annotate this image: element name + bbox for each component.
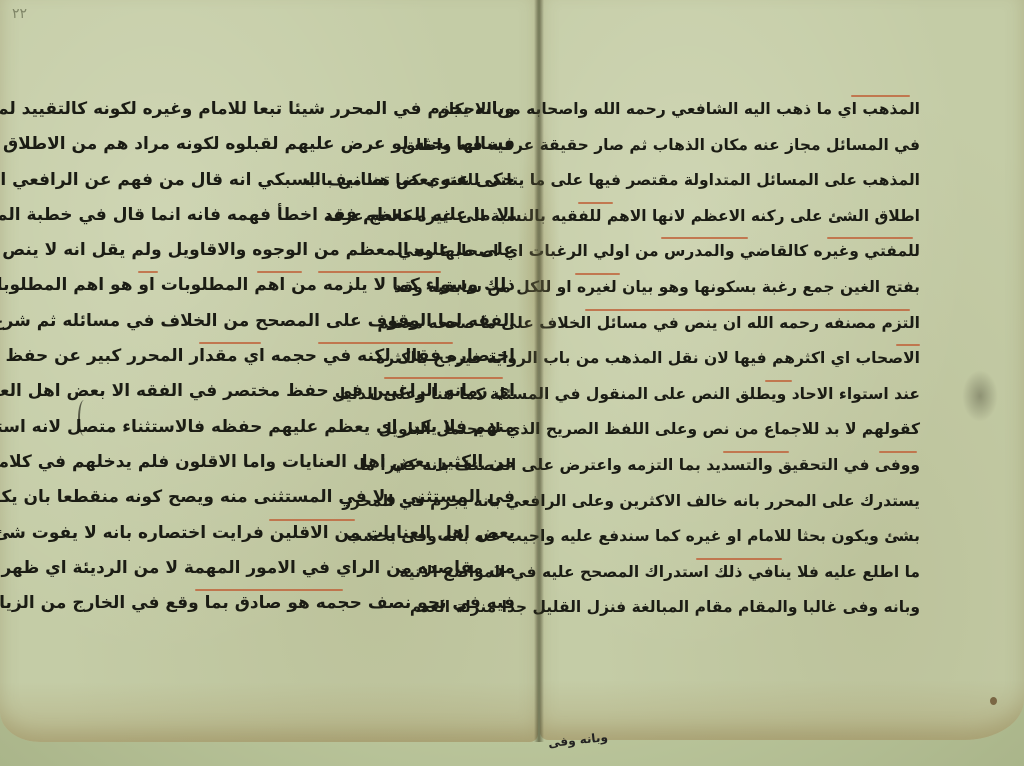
rubric-overline	[269, 519, 355, 521]
right-line: المذهب اي ما ذهب اليه الشافعي رحمه الله …	[575, 92, 920, 128]
rubric-overline	[195, 589, 343, 591]
right-line: التزم مصنفه رحمه الله ان ينص في مسائل ال…	[575, 306, 920, 342]
right-line: كقولهم لا بد للاجماع من نص وعلى اللفظ ال…	[575, 412, 920, 448]
rubric-overline	[851, 95, 910, 97]
rubric-overline	[257, 271, 302, 273]
right-line: للمفتي وغيره كالقاضي والمدرس من اولي الر…	[575, 234, 920, 270]
rubric-overline	[575, 273, 620, 275]
rubric-overline	[138, 271, 159, 273]
right-line: عند استواء الاحاد ويطلق النص على المنقول…	[575, 377, 920, 413]
right-page: المذهب اي ما ذهب اليه الشافعي رحمه الله …	[540, 0, 1024, 740]
right-line: في المسائل مجاز عنه مكان الذهاب ثم صار ح…	[575, 128, 920, 164]
right-line: اطلاق الشئ على ركنه الاعظم لانها الاهم ل…	[575, 199, 920, 235]
rubric-overline	[578, 202, 613, 204]
right-page-text: المذهب اي ما ذهب اليه الشافعي رحمه الله …	[575, 92, 920, 626]
paper-spot	[990, 697, 997, 705]
right-line: وبانه وفى غالبا والمقام مقام المبالغة فن…	[575, 590, 920, 626]
rubric-overline	[765, 380, 793, 382]
rubric-overline	[696, 558, 782, 560]
book-spine	[534, 0, 544, 742]
rubric-overline	[199, 342, 261, 344]
rubric-overline	[827, 237, 913, 239]
rubric-overline	[585, 309, 909, 311]
rubric-overline	[879, 451, 917, 453]
rubric-overline	[723, 451, 789, 453]
folio-number: ٢٢	[12, 6, 27, 22]
right-line: بفتح الغين جمع رغبة بسكونها وهو بيان لغي…	[575, 270, 920, 306]
manuscript-scene: ٢٢ وبانه يجزم في المحرر شيئا تبعا للامام…	[0, 0, 1024, 766]
right-line: ووفى في التحقيق والتسديد بما التزمه واعت…	[575, 448, 920, 484]
ink-smudge	[962, 370, 998, 422]
right-line: ما اطلع عليه فلا ينافي ذلك استدراك المصح…	[575, 555, 920, 591]
rubric-overline	[661, 237, 747, 239]
rubric-overline	[896, 344, 920, 346]
right-line: الاصحاب اي اكثرهم فيها لان نقل المذهب من…	[575, 341, 920, 377]
right-line: يستدرك على المحرر بانه خالف الاكثرين وعل…	[575, 484, 920, 520]
right-line: بشئ ويكون بحثا للامام او غيره كما سندفع …	[575, 519, 920, 555]
right-line: المذهب على المسائل المتداولة مقتصر فيها …	[575, 163, 920, 199]
